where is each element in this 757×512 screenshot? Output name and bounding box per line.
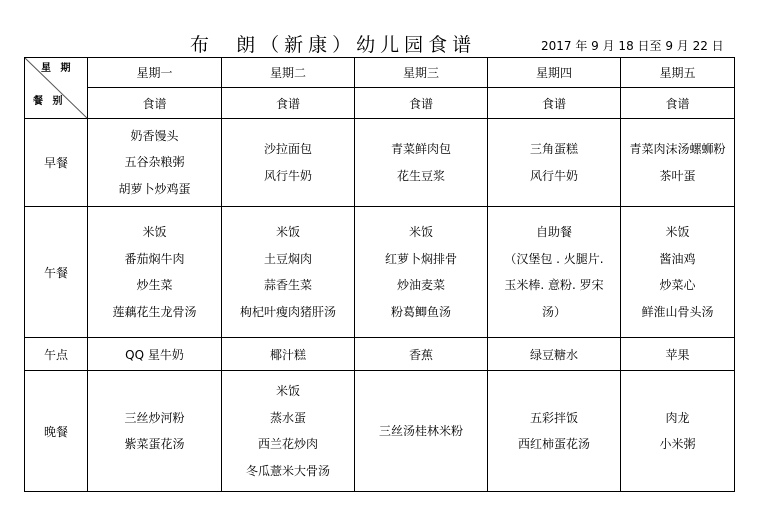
dish: 米饭 — [276, 219, 300, 246]
date-range: 2017 年 9 月 18 日至 9 月 22 日 — [541, 37, 724, 54]
menu-cell: 奶香馒头 五谷杂粮粥 胡萝卜炒鸡蛋 — [88, 119, 222, 207]
meal-label: 晚餐 — [25, 371, 88, 492]
menu-cell: 米饭 土豆焖肉 蒜香生菜 枸杞叶瘦肉猪肝汤 — [222, 207, 355, 338]
meal-label: 早餐 — [25, 119, 88, 207]
dish: 红萝卜焖排骨 — [385, 246, 457, 273]
sub-header-row: 食谱 食谱 食谱 食谱 食谱 — [25, 88, 735, 119]
dish: 奶香馒头 — [130, 123, 178, 150]
day-header-row: 星 期 餐 别 星期一 星期二 星期三 星期四 星期五 — [25, 58, 735, 88]
meal-label: 午点 — [25, 338, 88, 371]
menu-cell: 肉龙 小米粥 — [621, 371, 735, 492]
corner-cell: 星 期 餐 别 — [25, 58, 88, 119]
dish: 米饭 — [276, 378, 300, 405]
dish: 枸杞叶瘦肉猪肝汤 — [240, 299, 336, 326]
dish: 蒜香生菜 — [264, 272, 312, 299]
meal-label: 午餐 — [25, 207, 88, 338]
dish: 米饭 — [665, 219, 689, 246]
day-header-mon: 星期一 — [88, 58, 222, 88]
dish: 花生豆浆 — [397, 163, 445, 190]
meal-row-snack: 午点 QQ 星牛奶 椰汁糕 香蕉 绿豆糖水 苹果 — [25, 338, 735, 371]
dish: 西兰花炒肉 — [258, 431, 318, 458]
day-header-fri: 星期五 — [621, 58, 735, 88]
sub-header: 食谱 — [222, 88, 355, 119]
dish: 风行牛奶 — [264, 163, 312, 190]
meal-row-breakfast: 早餐 奶香馒头 五谷杂粮粥 胡萝卜炒鸡蛋 沙拉面包 风行牛奶 青菜鲜肉包 花生豆… — [25, 119, 735, 207]
dish: （汉堡包 . 火腿片. — [504, 246, 603, 273]
menu-cell: 三丝炒河粉 紫菜蛋花汤 — [88, 371, 222, 492]
day-header-wed: 星期三 — [355, 58, 488, 88]
dish: 胡萝卜炒鸡蛋 — [118, 176, 190, 203]
menu-cell: 香蕉 — [355, 338, 488, 371]
dish: 土豆焖肉 — [264, 246, 312, 273]
menu-cell: 三角蛋糕 风行牛奶 — [488, 119, 621, 207]
dish: 鲜淮山骨头汤 — [641, 299, 713, 326]
dish: 三角蛋糕 — [530, 136, 578, 163]
dish: 玉米棒. 意粉. 罗宋 — [504, 272, 603, 299]
menu-cell: 苹果 — [621, 338, 735, 371]
dish: 酱油鸡 — [659, 246, 695, 273]
menu-cell: 自助餐 （汉堡包 . 火腿片. 玉米棒. 意粉. 罗宋 汤） — [488, 207, 621, 338]
meal-row-lunch: 午餐 米饭 番茄焖牛肉 炒生菜 莲藕花生龙骨汤 米饭 土豆焖肉 蒜香生菜 枸杞叶… — [25, 207, 735, 338]
page-title: 布 朗（新康）幼儿园食谱 — [190, 30, 476, 57]
menu-cell: 米饭 番茄焖牛肉 炒生菜 莲藕花生龙骨汤 — [88, 207, 222, 338]
menu-cell: QQ 星牛奶 — [88, 338, 222, 371]
dish: 冬瓜薏米大骨汤 — [246, 458, 330, 485]
dish: 米饭 — [409, 219, 433, 246]
menu-cell: 米饭 蒸水蛋 西兰花炒肉 冬瓜薏米大骨汤 — [222, 371, 355, 492]
sub-header: 食谱 — [88, 88, 222, 119]
menu-cell: 绿豆糖水 — [488, 338, 621, 371]
sub-header: 食谱 — [488, 88, 621, 119]
menu-cell: 米饭 酱油鸡 炒菜心 鲜淮山骨头汤 — [621, 207, 735, 338]
menu-cell: 青菜肉沫汤螺蛳粉 茶叶蛋 — [621, 119, 735, 207]
dish: 粉葛鲫鱼汤 — [391, 299, 451, 326]
menu-table: 星 期 餐 别 星期一 星期二 星期三 星期四 星期五 食谱 食谱 食谱 食谱 … — [24, 57, 735, 492]
meal-row-dinner: 晚餐 三丝炒河粉 紫菜蛋花汤 米饭 蒸水蛋 西兰花炒肉 冬瓜薏米大骨汤 三丝汤桂… — [25, 371, 735, 492]
menu-cell: 青菜鲜肉包 花生豆浆 — [355, 119, 488, 207]
dish: 炒生菜 — [136, 272, 172, 299]
dish: 五谷杂粮粥 — [124, 149, 184, 176]
dish: 汤） — [542, 299, 566, 326]
dish: 莲藕花生龙骨汤 — [112, 299, 196, 326]
dish: 三丝汤桂林米粉 — [379, 418, 463, 445]
sub-header: 食谱 — [621, 88, 735, 119]
sub-header: 食谱 — [355, 88, 488, 119]
dish: 米饭 — [142, 219, 166, 246]
dish: 五彩拌饭 — [530, 405, 578, 432]
menu-cell: 米饭 红萝卜焖排骨 炒油麦菜 粉葛鲫鱼汤 — [355, 207, 488, 338]
dish: 自助餐 — [536, 219, 572, 246]
dish: 肉龙 — [665, 405, 689, 432]
corner-day-label: 星 期 — [41, 59, 73, 74]
dish: 番茄焖牛肉 — [124, 246, 184, 273]
dish: 青菜肉沫汤螺蛳粉 — [629, 136, 725, 163]
dish: 三丝炒河粉 — [124, 405, 184, 432]
dish: 炒油麦菜 — [397, 272, 445, 299]
dish: 沙拉面包 — [264, 136, 312, 163]
menu-cell: 五彩拌饭 西红柿蛋花汤 — [488, 371, 621, 492]
dish: 紫菜蛋花汤 — [124, 431, 184, 458]
dish: 西红柿蛋花汤 — [518, 431, 590, 458]
menu-cell: 椰汁糕 — [222, 338, 355, 371]
dish: 炒菜心 — [659, 272, 695, 299]
dish: 小米粥 — [659, 431, 695, 458]
dish: 茶叶蛋 — [659, 163, 695, 190]
menu-cell: 三丝汤桂林米粉 — [355, 371, 488, 492]
dish: 蒸水蛋 — [270, 405, 306, 432]
corner-meal-label: 餐 别 — [33, 92, 65, 107]
dish: 风行牛奶 — [530, 163, 578, 190]
day-header-tue: 星期二 — [222, 58, 355, 88]
dish: 青菜鲜肉包 — [391, 136, 451, 163]
day-header-thu: 星期四 — [488, 58, 621, 88]
menu-cell: 沙拉面包 风行牛奶 — [222, 119, 355, 207]
